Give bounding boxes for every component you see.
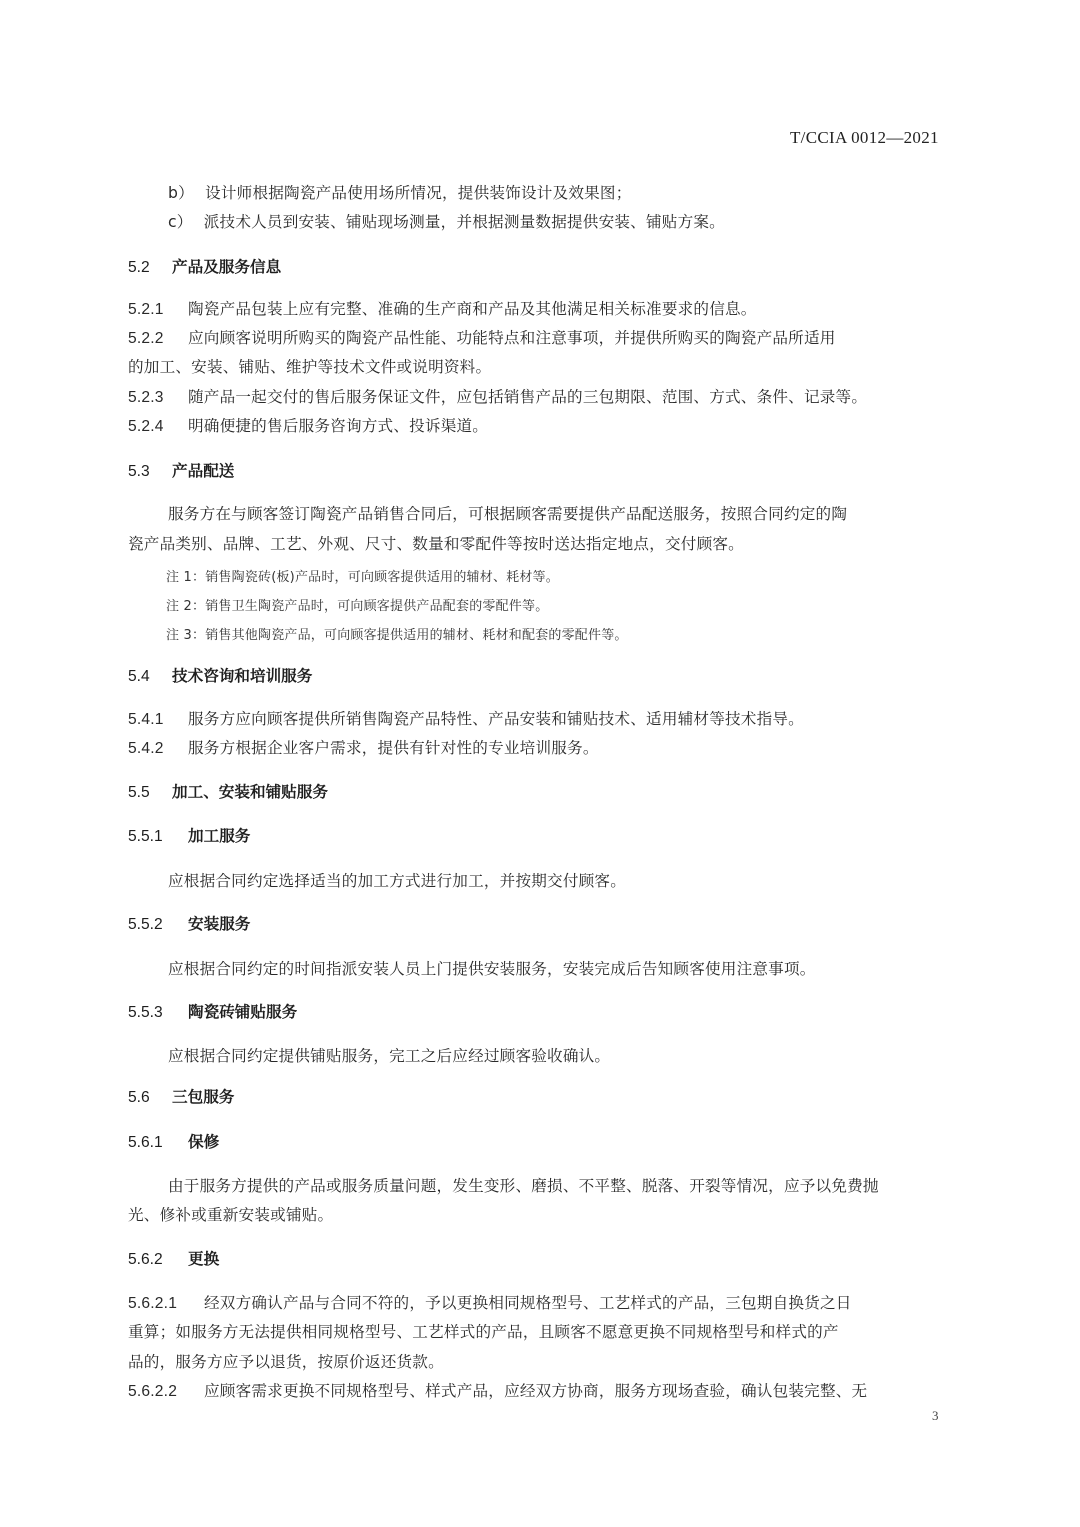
clause-5-6-2-1-line3: 品的，服务方应予以退货，按原价返还货款。 bbox=[128, 1350, 444, 1372]
section-number: 5.6 bbox=[128, 1089, 172, 1107]
section-title: 安装服务 bbox=[188, 915, 250, 933]
clause-5-6-2-2: 5.6.2.2应顾客需求更换不同规格型号、样式产品，应经双方协商，服务方现场查验… bbox=[128, 1379, 867, 1401]
paragraph-5-6-1-line2: 光、修补或重新安装或铺贴。 bbox=[128, 1203, 333, 1225]
clause-5-6-2-1-line2: 重算；如服务方无法提供相同规格型号、工艺样式的产品，且顾客不愿意更换不同规格型号… bbox=[128, 1320, 839, 1342]
section-title: 产品配送 bbox=[172, 462, 234, 480]
section-title: 更换 bbox=[188, 1250, 219, 1268]
section-heading-5-6-2: 5.6.2更换 bbox=[128, 1247, 219, 1269]
clause-5-2-2: 5.2.2应向顾客说明所购买的陶瓷产品性能、功能特点和注意事项，并提供所购买的陶… bbox=[128, 326, 836, 348]
section-heading-5-5: 5.5加工、安装和铺贴服务 bbox=[128, 780, 328, 802]
section-heading-5-5-1: 5.5.1加工服务 bbox=[128, 824, 250, 846]
page-number: 3 bbox=[932, 1408, 939, 1424]
clause-number: 5.6.2.1 bbox=[128, 1295, 204, 1313]
paragraph-5-6-1-line1: 由于服务方提供的产品或服务质量问题，发生变形、磨损、不平整、脱落、开裂等情况，应… bbox=[168, 1174, 879, 1196]
section-number: 5.5.1 bbox=[128, 828, 188, 846]
section-heading-5-2: 5.2产品及服务信息 bbox=[128, 255, 281, 277]
section-number: 5.6.2 bbox=[128, 1251, 188, 1269]
section-heading-5-5-3: 5.5.3陶瓷砖铺贴服务 bbox=[128, 1000, 297, 1022]
paragraph-5-5-3: 应根据合同约定提供铺贴服务，完工之后应经过顾客验收确认。 bbox=[168, 1044, 610, 1066]
list-marker: c） bbox=[168, 213, 193, 231]
section-heading-5-5-2: 5.5.2安装服务 bbox=[128, 912, 250, 934]
section-title: 产品及服务信息 bbox=[172, 258, 281, 276]
section-number: 5.5.3 bbox=[128, 1004, 188, 1022]
section-heading-5-3: 5.3产品配送 bbox=[128, 459, 234, 481]
note-3: 注 3：销售其他陶瓷产品，可向顾客提供适用的辅材、耗材和配套的零配件等。 bbox=[166, 624, 628, 643]
section-number: 5.6.1 bbox=[128, 1134, 188, 1152]
clause-text: 明确便捷的售后服务咨询方式、投诉渠道。 bbox=[188, 417, 488, 435]
paragraph-5-3-line2: 瓷产品类别、品牌、工艺、外观、尺寸、数量和零配件等按时送达指定地点，交付顾客。 bbox=[128, 532, 744, 554]
clause-number: 5.2.4 bbox=[128, 418, 188, 436]
section-number: 5.5.2 bbox=[128, 916, 188, 934]
clause-number: 5.2.2 bbox=[128, 330, 188, 348]
paragraph-5-3-line1: 服务方在与顾客签订陶瓷产品销售合同后，可根据顾客需要提供产品配送服务，按照合同约… bbox=[168, 502, 847, 524]
list-text: 派技术人员到安装、铺贴现场测量，并根据测量数据提供安装、铺贴方案。 bbox=[204, 213, 725, 231]
clause-number: 5.2.1 bbox=[128, 301, 188, 319]
clause-number: 5.4.1 bbox=[128, 711, 188, 729]
section-number: 5.5 bbox=[128, 784, 172, 802]
clause-text: 服务方根据企业客户需求，提供有针对性的专业培训服务。 bbox=[188, 739, 599, 757]
section-title: 保修 bbox=[188, 1133, 219, 1151]
section-number: 5.2 bbox=[128, 259, 172, 277]
clause-number: 5.2.3 bbox=[128, 389, 188, 407]
clause-number: 5.6.2.2 bbox=[128, 1383, 204, 1401]
clause-5-4-1: 5.4.1服务方应向顾客提供所销售陶瓷产品特性、产品安装和铺贴技术、适用辅材等技… bbox=[128, 707, 804, 729]
list-marker: b） bbox=[168, 184, 194, 202]
clause-5-2-1: 5.2.1陶瓷产品包装上应有完整、准确的生产商和产品及其他满足相关标准要求的信息… bbox=[128, 297, 757, 319]
clause-text: 随产品一起交付的售后服务保证文件，应包括销售产品的三包期限、范围、方式、条件、记… bbox=[188, 388, 867, 406]
clause-5-4-2: 5.4.2服务方根据企业客户需求，提供有针对性的专业培训服务。 bbox=[128, 736, 599, 758]
section-title: 三包服务 bbox=[172, 1088, 234, 1106]
section-title: 技术咨询和培训服务 bbox=[172, 667, 312, 685]
clause-text: 陶瓷产品包装上应有完整、准确的生产商和产品及其他满足相关标准要求的信息。 bbox=[188, 300, 757, 318]
clause-5-2-4: 5.2.4明确便捷的售后服务咨询方式、投诉渠道。 bbox=[128, 414, 488, 436]
note-1: 注 1：销售陶瓷砖(板)产品时，可向顾客提供适用的辅材、耗材等。 bbox=[166, 566, 559, 585]
note-2: 注 2：销售卫生陶瓷产品时，可向顾客提供产品配套的零配件等。 bbox=[166, 595, 548, 614]
paragraph-5-5-2: 应根据合同约定的时间指派安装人员上门提供安装服务，安装完成后告知顾客使用注意事项… bbox=[168, 957, 816, 979]
list-item-c: c） 派技术人员到安装、铺贴现场测量，并根据测量数据提供安装、铺贴方案。 bbox=[168, 210, 725, 232]
clause-5-2-2-cont: 的加工、安装、铺贴、维护等技术文件或说明资料。 bbox=[128, 355, 491, 377]
clause-5-2-3: 5.2.3随产品一起交付的售后服务保证文件，应包括销售产品的三包期限、范围、方式… bbox=[128, 385, 867, 407]
section-title: 陶瓷砖铺贴服务 bbox=[188, 1003, 297, 1021]
section-title: 加工服务 bbox=[188, 827, 250, 845]
standard-code-header: T/CCIA 0012—2021 bbox=[790, 128, 939, 148]
clause-text: 应顾客需求更换不同规格型号、样式产品，应经双方协商，服务方现场查验，确认包装完整… bbox=[204, 1382, 867, 1400]
section-heading-5-6-1: 5.6.1保修 bbox=[128, 1130, 219, 1152]
section-title: 加工、安装和铺贴服务 bbox=[172, 783, 328, 801]
paragraph-5-5-1: 应根据合同约定选择适当的加工方式进行加工，并按期交付顾客。 bbox=[168, 869, 626, 891]
list-text: 设计师根据陶瓷产品使用场所情况，提供装饰设计及效果图； bbox=[205, 184, 631, 202]
clause-5-6-2-1: 5.6.2.1经双方确认产品与合同不符的，予以更换相同规格型号、工艺样式的产品，… bbox=[128, 1291, 852, 1313]
section-number: 5.4 bbox=[128, 668, 172, 686]
section-heading-5-4: 5.4技术咨询和培训服务 bbox=[128, 664, 312, 686]
clause-text: 服务方应向顾客提供所销售陶瓷产品特性、产品安装和铺贴技术、适用辅材等技术指导。 bbox=[188, 710, 804, 728]
clause-text: 经双方确认产品与合同不符的，予以更换相同规格型号、工艺样式的产品，三包期自换货之… bbox=[204, 1294, 852, 1312]
document-page: T/CCIA 0012—2021 b） 设计师根据陶瓷产品使用场所情况，提供装饰… bbox=[0, 0, 1080, 1527]
section-number: 5.3 bbox=[128, 463, 172, 481]
clause-number: 5.4.2 bbox=[128, 740, 188, 758]
list-item-b: b） 设计师根据陶瓷产品使用场所情况，提供装饰设计及效果图； bbox=[168, 181, 632, 203]
section-heading-5-6: 5.6三包服务 bbox=[128, 1085, 234, 1107]
clause-text: 应向顾客说明所购买的陶瓷产品性能、功能特点和注意事项，并提供所购买的陶瓷产品所适… bbox=[188, 329, 836, 347]
